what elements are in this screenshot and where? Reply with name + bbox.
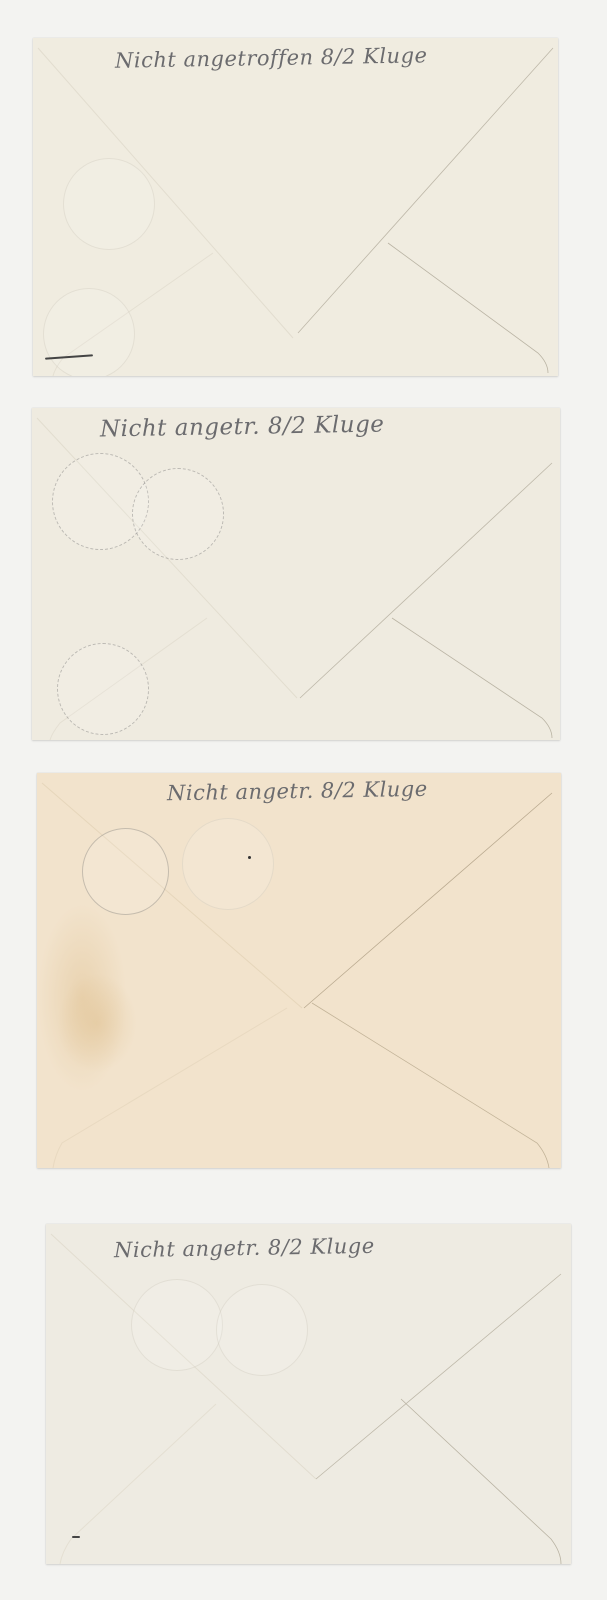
handwritten-note: Nicht angetr. 8/2 Kluge bbox=[100, 412, 385, 443]
envelope-flap-lines bbox=[46, 1224, 571, 1564]
envelope-4: Nicht angetr. 8/2 Kluge bbox=[46, 1224, 571, 1564]
stamp-impression bbox=[182, 818, 274, 910]
handwritten-note: Nicht angetr. 8/2 Kluge bbox=[167, 777, 428, 806]
stamp-impression bbox=[132, 468, 224, 560]
handwritten-note: Nicht angetr. 8/2 Kluge bbox=[114, 1234, 375, 1263]
envelope-1: Nicht angetroffen 8/2 Kluge bbox=[33, 38, 558, 376]
ink-dot bbox=[248, 856, 251, 859]
stamp-impression bbox=[57, 643, 149, 735]
stamp-impression bbox=[131, 1279, 223, 1371]
age-stain bbox=[57, 973, 137, 1073]
stamp-impression bbox=[216, 1284, 308, 1376]
stamp-impression bbox=[82, 828, 169, 915]
stamp-impression bbox=[63, 158, 155, 250]
envelope-3: Nicht angetr. 8/2 Kluge bbox=[37, 773, 561, 1168]
envelope-2: Nicht angetr. 8/2 Kluge bbox=[32, 408, 560, 740]
stamp-impression bbox=[43, 288, 135, 376]
postmark-fragment bbox=[72, 1536, 80, 1538]
